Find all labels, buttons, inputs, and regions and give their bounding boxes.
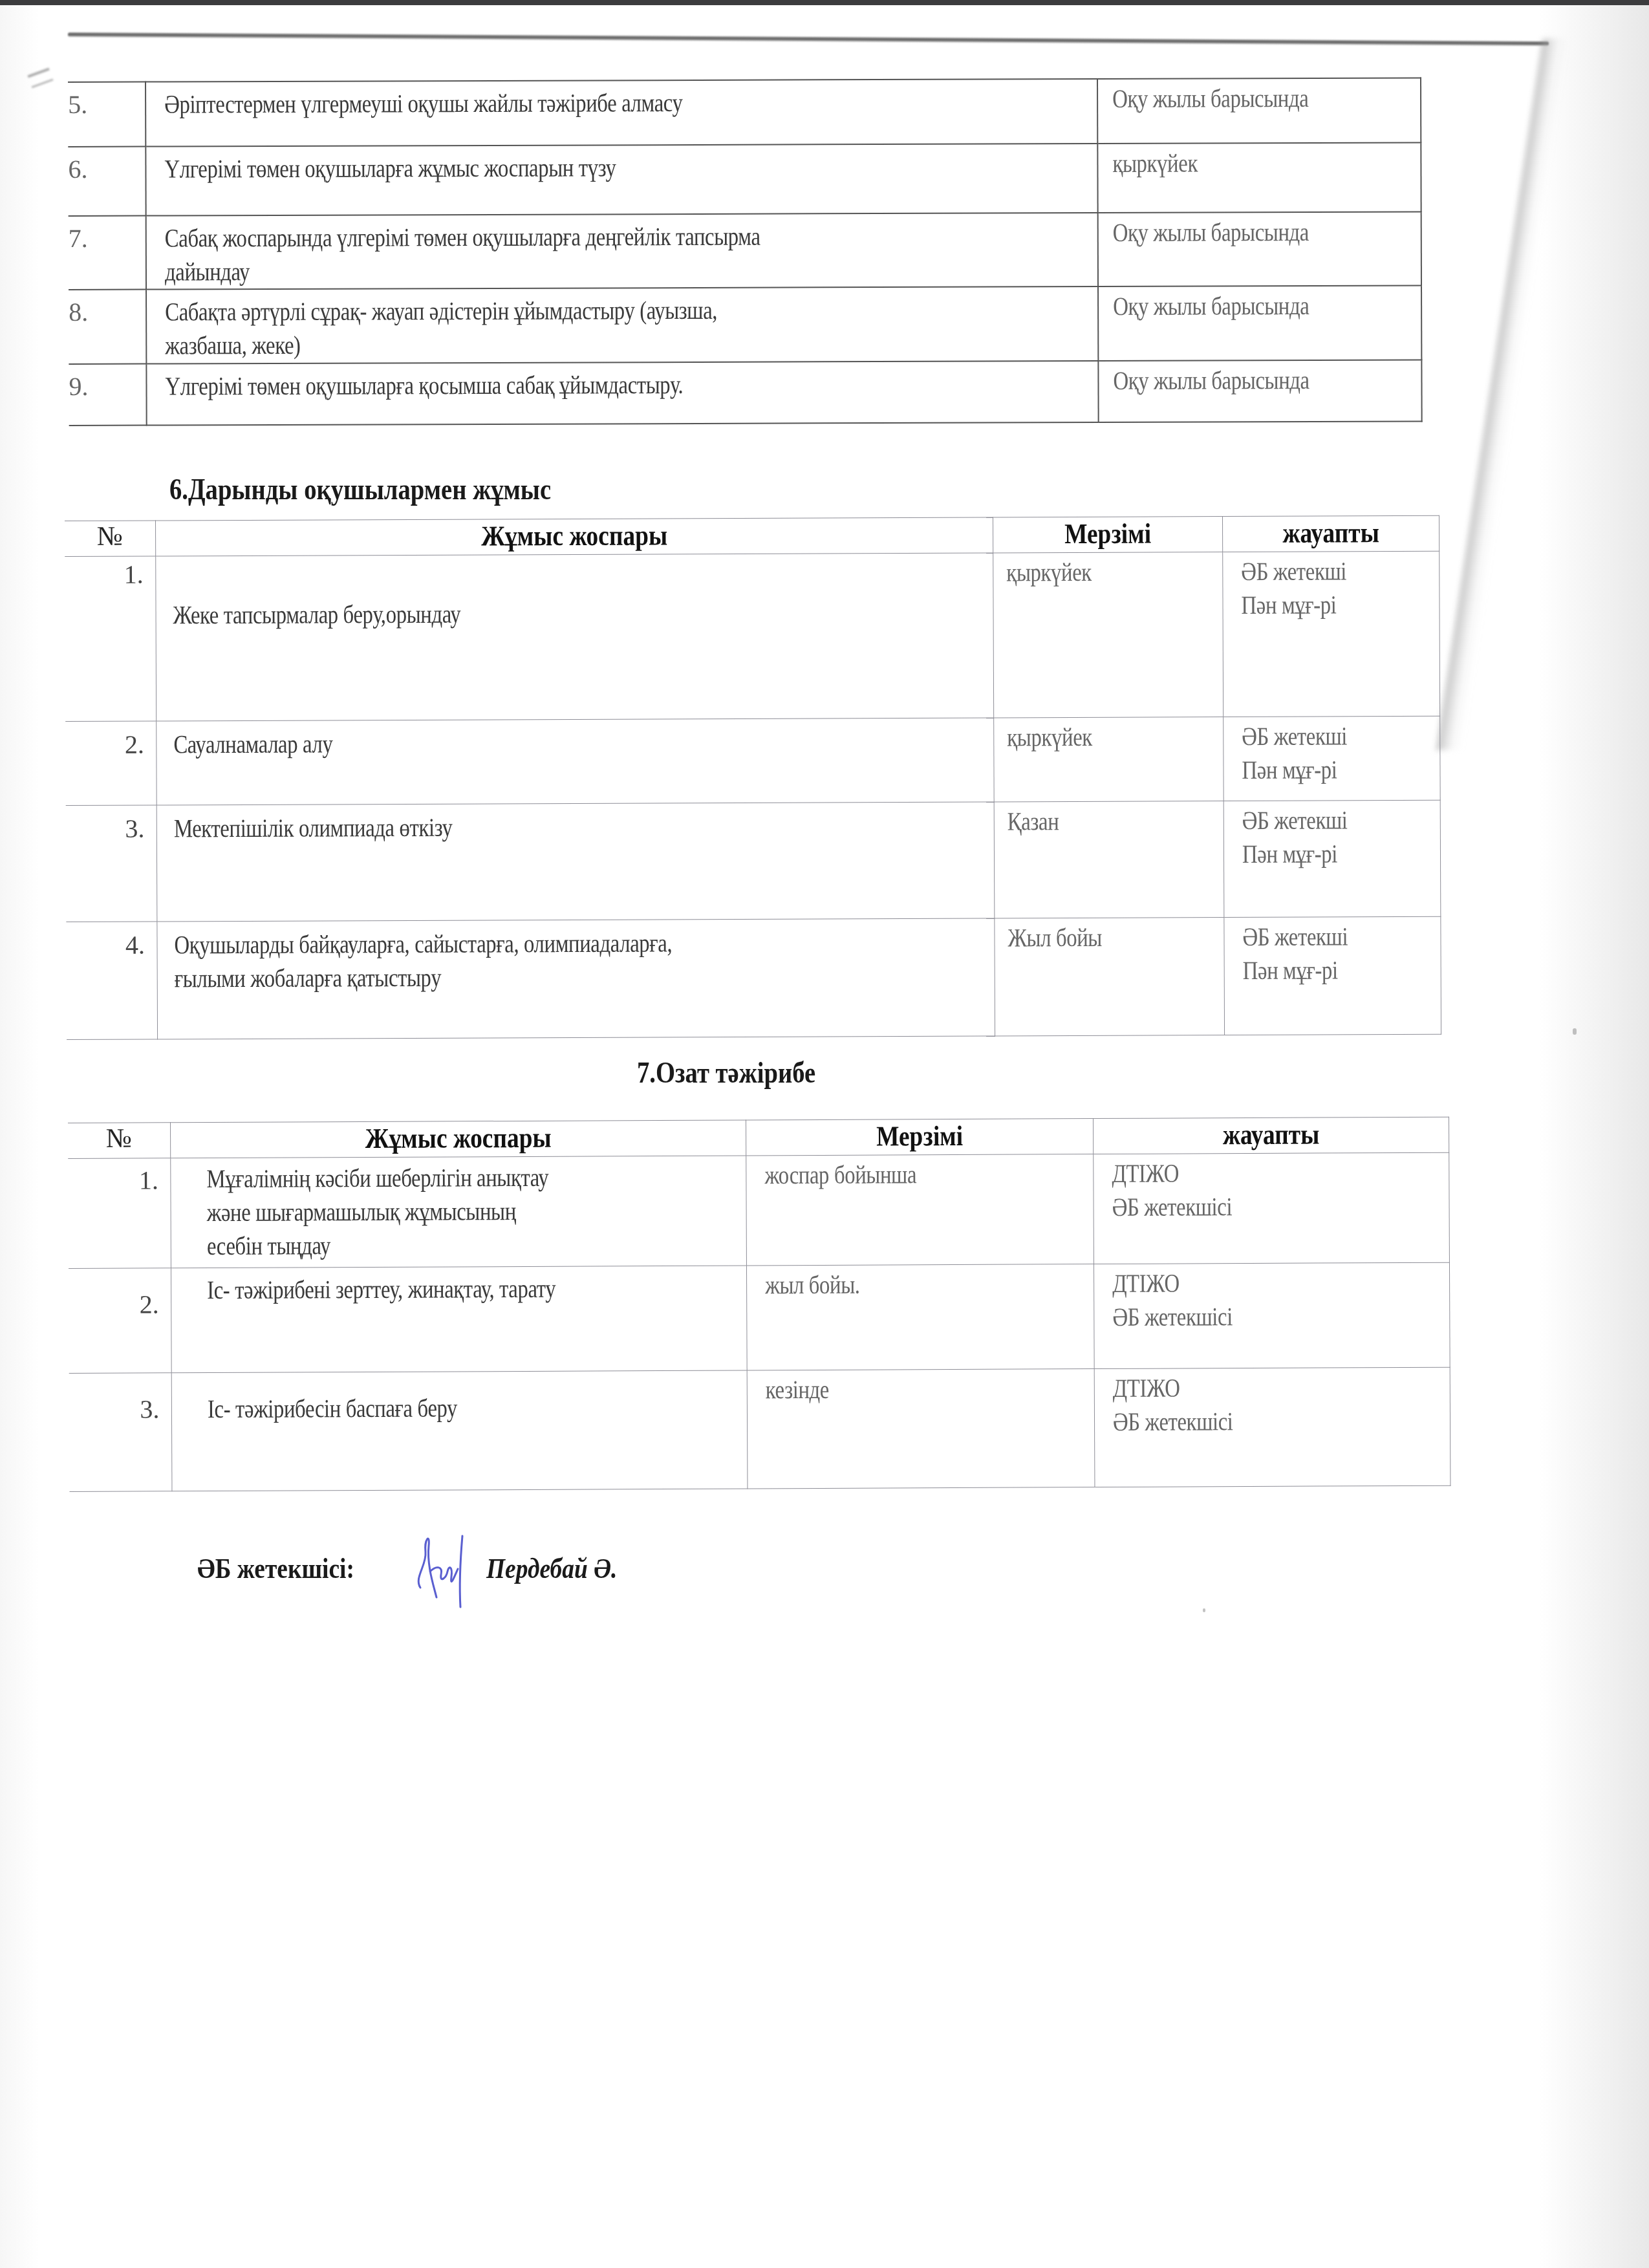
deadline-cell: Оқу жылы барысында bbox=[1098, 285, 1421, 361]
deadline-cell: Оқу жылы барысында bbox=[1098, 211, 1421, 286]
cell-line: және шығармашылық жұмысының bbox=[206, 1194, 649, 1229]
row-number: 7. bbox=[69, 216, 146, 290]
task-cell: Сауалнамалар алу bbox=[156, 718, 993, 805]
deadline-text: Қазан bbox=[1007, 804, 1184, 838]
column-header-number: № bbox=[68, 1123, 170, 1159]
deadline-cell: Оқу жылы барысында bbox=[1098, 360, 1421, 422]
deadline-cell: жыл бойы. bbox=[746, 1264, 1094, 1370]
table-row: 2.Сауалнамалар алуқыркүйекӘБ жетекшіПән … bbox=[65, 716, 1439, 805]
deadline-cell: Жыл бойы bbox=[994, 918, 1224, 1036]
task-cell: Үлгерімі төмен оқушыларға қосымша сабақ … bbox=[146, 361, 1098, 426]
table-row: 5.Әріптестермен үлгермеуші оқушы жайлы т… bbox=[68, 78, 1421, 147]
signature-label: ӘБ жетекшісі: bbox=[197, 1552, 354, 1585]
cell-line: ӘБ жетекшісі bbox=[1112, 1189, 1388, 1224]
scanner-edge bbox=[0, 0, 1649, 5]
deadline-text: қыркүйек bbox=[1006, 555, 1183, 589]
responsible-cell: ДТІЖОӘБ жетекшісі bbox=[1093, 1152, 1449, 1264]
task-cell: Іс- тәжірибені зерттеу, жинақтау, тарату bbox=[171, 1266, 747, 1373]
cell-line: Сауалнамалар алу bbox=[173, 725, 846, 761]
table-row: 7.Сабақ жоспарында үлгерімі төмен оқушыл… bbox=[69, 211, 1421, 290]
cell-line: Жеке тапсырмалар беру,орындау bbox=[173, 596, 845, 632]
table-header-row: № Жұмыс жоспары Мерзімі жауапты bbox=[68, 1117, 1449, 1158]
row-number: 6. bbox=[68, 147, 145, 216]
responsible-cell: ӘБ жетекшіПән мұғ-рі bbox=[1223, 800, 1441, 917]
column-header-responsible: жауапты bbox=[1222, 515, 1439, 552]
deadline-text: кезінде bbox=[765, 1372, 1035, 1407]
scan-speck bbox=[1573, 1028, 1577, 1035]
cell-line: ӘБ жетекші bbox=[1242, 803, 1404, 837]
row-number: 3. bbox=[69, 1373, 172, 1492]
responsible-cell: ӘБ жетекшіПән мұғ-рі bbox=[1222, 551, 1439, 717]
handwritten-signature-icon bbox=[407, 1526, 479, 1610]
table-row: 3.Іс- тәжірибесін баспаға берукезіндеДТІ… bbox=[69, 1367, 1450, 1491]
cell-line: Мұғалімнің кәсіби шеберлігін анықтау bbox=[206, 1160, 649, 1196]
cell-line: ӘБ жетекші bbox=[1242, 719, 1404, 753]
task-cell: Мектепішілік олимпиада өткізу bbox=[156, 802, 995, 922]
column-header-plan: Жұмыс жоспары bbox=[170, 1120, 746, 1158]
deadline-cell: кезінде bbox=[747, 1369, 1095, 1489]
deadline-cell: қыркүйек bbox=[993, 717, 1223, 802]
column-header-plan: Жұмыс жоспары bbox=[155, 517, 993, 556]
deadline-cell: Қазан bbox=[994, 801, 1224, 918]
cell-line: Пән мұғ-рі bbox=[1242, 753, 1404, 787]
cell-line: жазбаша, жеке) bbox=[165, 327, 930, 363]
row-number: 3. bbox=[66, 805, 157, 922]
row-number: 1. bbox=[65, 556, 156, 722]
cell-line: Әріптестермен үлгермеуші оқушы жайлы тәж… bbox=[164, 85, 929, 122]
task-cell: Жеке тапсырмалар беру,орындау bbox=[155, 553, 993, 721]
cell-line: Оқу жылы барысында bbox=[1113, 363, 1365, 398]
column-header-number: № bbox=[65, 521, 155, 557]
task-cell: Оқушыларды байқауларға, сайыстарға, олим… bbox=[156, 918, 995, 1039]
cell-line: Мектепішілік олимпиада өткізу bbox=[173, 809, 846, 845]
cell-line: ДТІЖО bbox=[1112, 1370, 1388, 1405]
column-header-deadline: Мерзімі bbox=[993, 517, 1222, 553]
scan-speck bbox=[1203, 1608, 1205, 1612]
task-cell: Сабақ жоспарында үлгерімі төмен оқушылар… bbox=[146, 213, 1098, 290]
cell-line: ӘБ жетекшісі bbox=[1112, 1404, 1388, 1439]
row-number: 8. bbox=[69, 290, 146, 364]
cell-line: Оқу жылы барысында bbox=[1113, 215, 1365, 250]
deadline-cell: Оқу жылы барысында bbox=[1097, 78, 1421, 144]
cell-line: Үлгерімі төмен оқушыларға қосымша сабақ … bbox=[165, 367, 930, 404]
signature-line: ӘБ жетекшісі: Пердебай Ә. bbox=[197, 1552, 640, 1585]
row-number: 2. bbox=[65, 721, 156, 806]
deadline-text: жоспар бойынша bbox=[764, 1157, 1034, 1192]
signatory-name: Пердебай Ә. bbox=[486, 1552, 617, 1585]
task-cell: Әріптестермен үлгермеуші оқушы жайлы тәж… bbox=[145, 79, 1097, 147]
cell-line: Пән мұғ-рі bbox=[1242, 837, 1404, 871]
row-number: 4. bbox=[66, 922, 157, 1040]
responsible-cell: ӘБ жетекшіПән мұғ-рі bbox=[1223, 716, 1439, 801]
cell-line: ӘБ жетекші bbox=[1241, 554, 1403, 589]
table-row: 8.Сабақта әртүрлі сұрақ- жауап әдістерін… bbox=[69, 285, 1421, 364]
deadline-cell: жоспар бойынша bbox=[746, 1154, 1094, 1266]
cell-line: Сабақ жоспарында үлгерімі төмен оқушылар… bbox=[165, 219, 930, 255]
deadline-cell: қыркүйек bbox=[1097, 142, 1421, 213]
cell-line: Оқу жылы барысында bbox=[1112, 81, 1364, 116]
cell-line: Оқу жылы барысында bbox=[1113, 289, 1365, 323]
row-number: 2. bbox=[69, 1268, 171, 1374]
cell-line: ғылыми жобаларға қатыстыру bbox=[174, 959, 846, 995]
task-cell: Үлгерімі төмен оқушыларға жұмыс жоспарын… bbox=[145, 144, 1097, 216]
cell-line: Үлгерімі төмен оқушыларға жұмыс жоспарын… bbox=[164, 150, 929, 186]
deadline-cell: қыркүйек bbox=[993, 552, 1223, 718]
cell-line: ӘБ жетекшісі bbox=[1112, 1299, 1388, 1334]
responsible-cell: ДТІЖОӘБ жетекшісі bbox=[1094, 1367, 1450, 1487]
cell-line: Пән мұғ-рі bbox=[1242, 953, 1405, 988]
deadline-text: қыркүйек bbox=[1007, 720, 1184, 754]
cell-line: Оқушыларды байқауларға, сайыстарға, олим… bbox=[174, 925, 846, 962]
row-number: 1. bbox=[68, 1158, 171, 1269]
row-number: 5. bbox=[68, 82, 145, 147]
responsible-cell: ДТІЖОӘБ жетекшісі bbox=[1094, 1262, 1450, 1368]
low-achievers-plan-table: 5.Әріптестермен үлгермеуші оқушы жайлы т… bbox=[68, 77, 1423, 426]
deadline-text: Жыл бойы bbox=[1008, 920, 1185, 955]
cell-line: Іс- тәжірибесін баспаға беру bbox=[207, 1390, 649, 1426]
cell-line: дайындау bbox=[165, 253, 930, 289]
best-practice-table: № Жұмыс жоспары Мерзімі жауапты 1.Мұғалі… bbox=[68, 1117, 1450, 1492]
cell-line: Пән мұғ-рі bbox=[1241, 588, 1403, 622]
section-7-heading: 7.Озат тәжірибе bbox=[637, 1055, 815, 1090]
column-header-deadline: Мерзімі bbox=[746, 1119, 1093, 1156]
table-row: 6.Үлгерімі төмен оқушыларға жұмыс жоспар… bbox=[68, 142, 1421, 216]
table-row: 2.Іс- тәжірибені зерттеу, жинақтау, тара… bbox=[69, 1262, 1450, 1373]
cell-line: Іс- тәжірибені зерттеу, жинақтау, тарату bbox=[207, 1271, 649, 1307]
cell-line: есебін тыңдау bbox=[206, 1227, 649, 1263]
task-cell: Іс- тәжірибесін баспаға беру bbox=[171, 1370, 748, 1491]
column-header-responsible: жауапты bbox=[1093, 1117, 1449, 1154]
cell-line: Сабақта әртүрлі сұрақ- жауап әдістерін ұ… bbox=[165, 293, 930, 329]
cell-line: ДТІЖО bbox=[1112, 1156, 1388, 1191]
row-number: 9. bbox=[69, 364, 146, 426]
responsible-cell: ӘБ жетекшіПән мұғ-рі bbox=[1223, 916, 1441, 1035]
table-row: 4.Оқушыларды байқауларға, сайыстарға, ол… bbox=[66, 916, 1441, 1039]
table-row: 1.Жеке тапсырмалар беру,орындауқыркүйекӘ… bbox=[65, 551, 1439, 721]
cell-line: қыркүйек bbox=[1112, 146, 1364, 180]
task-cell: Сабақта әртүрлі сұрақ- жауап әдістерін ұ… bbox=[146, 286, 1098, 364]
table-row: 1.Мұғалімнің кәсіби шеберлігін анықтаужә… bbox=[68, 1152, 1449, 1268]
gifted-students-table: № Жұмыс жоспары Мерзімі жауапты 1.Жеке т… bbox=[65, 515, 1441, 1040]
section-6-heading: 6.Дарынды оқушылармен жұмыс bbox=[169, 472, 551, 506]
table-row: 9.Үлгерімі төмен оқушыларға қосымша саба… bbox=[69, 360, 1421, 426]
cell-line: ДТІЖО bbox=[1112, 1266, 1388, 1301]
cell-line: ӘБ жетекші bbox=[1242, 920, 1405, 954]
deadline-text: жыл бойы. bbox=[764, 1267, 1034, 1302]
table-header-row: № Жұмыс жоспары Мерзімі жауапты bbox=[65, 515, 1439, 556]
table-row: 3.Мектепішілік олимпиада өткізуҚазанӘБ ж… bbox=[66, 800, 1441, 922]
task-cell: Мұғалімнің кәсіби шеберлігін анықтаужәне… bbox=[170, 1156, 746, 1268]
